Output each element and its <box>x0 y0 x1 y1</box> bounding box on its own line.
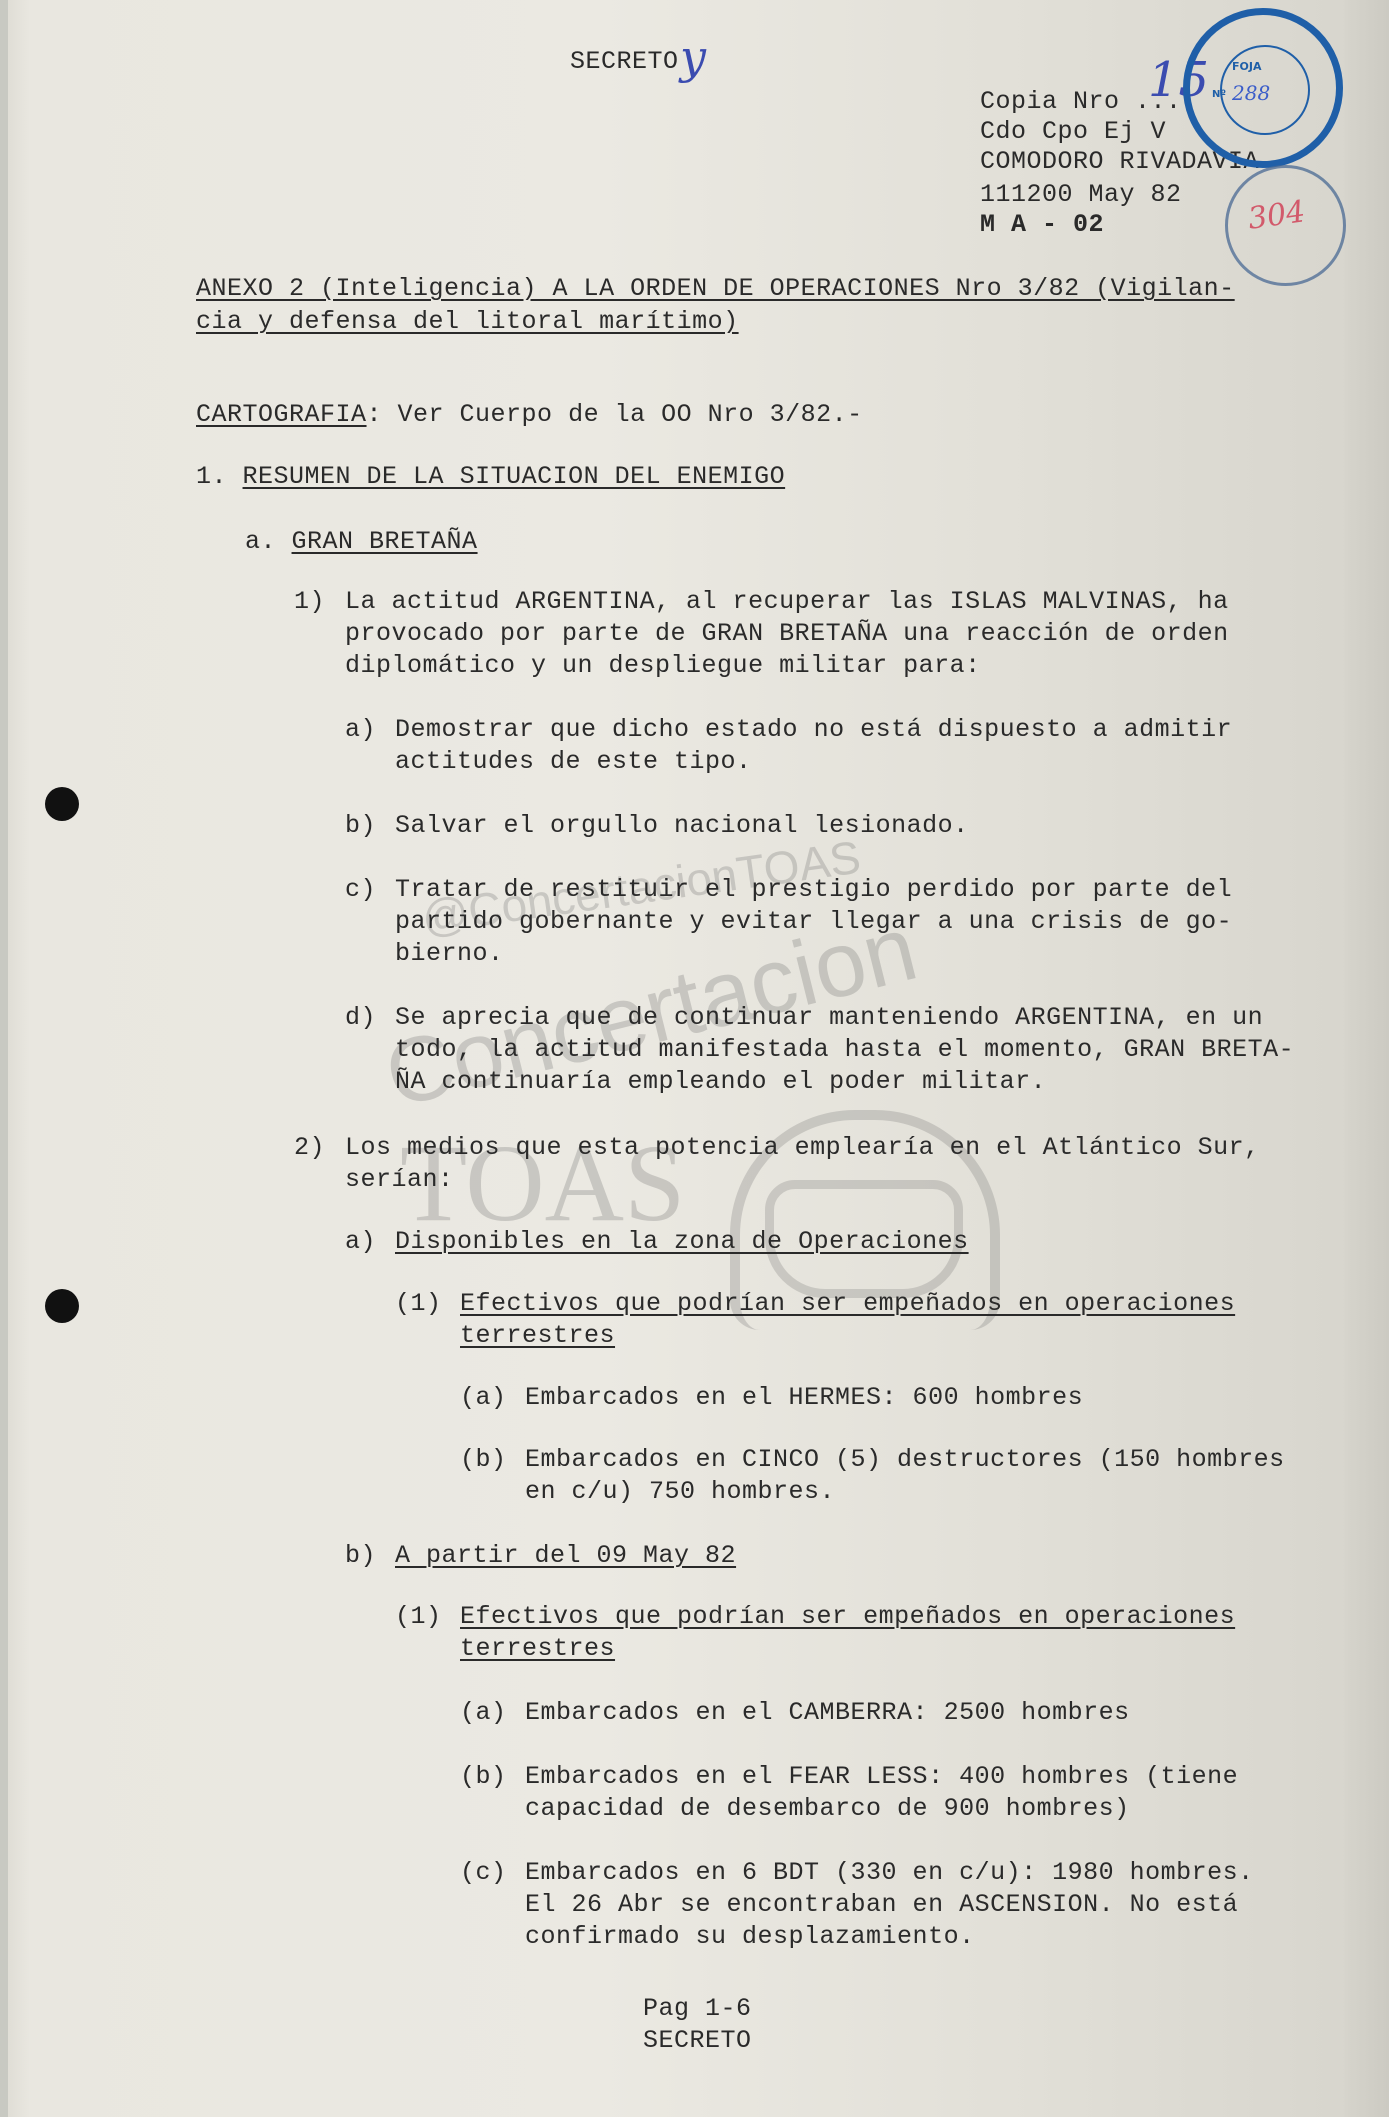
item-line: El 26 Abr se encontraban en ASCENSION. N… <box>525 1888 1238 1921</box>
item-line: partido gobernante y evitar llegar a una… <box>395 905 1232 938</box>
sub-heading-line: Efectivos que podrían ser empeñados en o… <box>460 1600 1235 1633</box>
item-letter: a) <box>345 713 376 746</box>
item-letter: (b) <box>460 1760 507 1793</box>
item-line: Embarcados en CINCO (5) destructores (15… <box>525 1443 1285 1476</box>
sub-heading-line: Efectivos que podrían ser empeñados en o… <box>460 1287 1235 1320</box>
page-number: Pag 1-6 <box>643 1992 752 2025</box>
document-page: @ConcertacionTOAS Concertacion TOAS SECR… <box>0 0 1389 2117</box>
classification-top: SECRETO <box>570 45 679 78</box>
item-line: Se aprecia que de continuar manteniendo … <box>395 1001 1263 1034</box>
initials-mark: y <box>680 30 706 84</box>
red-folio-number: 304 <box>1246 194 1308 237</box>
item-line: ÑA continuaría empleando el poder milita… <box>395 1065 1046 1098</box>
item-line: Embarcados en el CAMBERRA: 2500 hombres <box>525 1696 1130 1729</box>
para-line: La actitud ARGENTINA, al recuperar las I… <box>345 585 1229 618</box>
para-line: diplomático y un despliegue militar para… <box>345 649 981 682</box>
punch-hole <box>45 1289 79 1323</box>
item-letter: (c) <box>460 1856 507 1889</box>
section1-heading: 1. RESUMEN DE LA SITUACION DEL ENEMIGO <box>196 460 785 493</box>
item-letter: a) <box>345 1225 376 1258</box>
item-line: Tratar de restituir el prestigio perdido… <box>395 873 1232 906</box>
item-line: Embarcados en 6 BDT (330 en c/u): 1980 h… <box>525 1856 1254 1889</box>
para-line: provocado por parte de GRAN BRETAÑA una … <box>345 617 1229 650</box>
unit-line: Cdo Cpo Ej V <box>980 115 1166 148</box>
item-line: capacidad de desembarco de 900 hombres) <box>525 1792 1130 1825</box>
sub-heading-line: terrestres <box>460 1319 615 1352</box>
annex-title-line2: cia y defensa del litoral marítimo) <box>196 305 739 338</box>
item-line: bierno. <box>395 937 504 970</box>
sub-heading-line: terrestres <box>460 1632 615 1665</box>
foja-number: 288 <box>1232 81 1270 105</box>
item-line: confirmado su desplazamiento. <box>525 1920 975 1953</box>
reference-line: M A - 02 <box>980 208 1104 241</box>
para-number: 2) <box>294 1131 325 1164</box>
datetime-line: 111200 May 82 <box>980 178 1182 211</box>
sub-number: (1) <box>395 1600 442 1633</box>
item-line: actitudes de este tipo. <box>395 745 752 778</box>
command-stamp-icon: FOJA Nº 288 <box>1183 8 1343 168</box>
para-line: Los medios que esta potencia emplearía e… <box>345 1131 1260 1164</box>
punch-hole <box>45 787 79 821</box>
item-line: Demostrar que dicho estado no está dispu… <box>395 713 1232 746</box>
folio-stamp-icon: 304 <box>1225 165 1346 286</box>
annex-title-line1: ANEXO 2 (Inteligencia) A LA ORDEN DE OPE… <box>196 272 1235 305</box>
item-letter: (b) <box>460 1443 507 1476</box>
item-letter: b) <box>345 809 376 842</box>
foja-prefix: Nº <box>1212 89 1226 100</box>
sub-number: (1) <box>395 1287 442 1320</box>
cartografia-label: CARTOGRAFIA <box>196 400 367 429</box>
item-letter: d) <box>345 1001 376 1034</box>
subsection-gran-bretana: a. GRAN BRETAÑA <box>245 525 478 558</box>
item-line: Embarcados en el FEAR LESS: 400 hombres … <box>525 1760 1238 1793</box>
item-line: Embarcados en el HERMES: 600 hombres <box>525 1381 1083 1414</box>
scan-edge-right <box>1345 0 1389 2117</box>
item-letter: (a) <box>460 1381 507 1414</box>
subheading-disponibles: Disponibles en la zona de Operaciones <box>395 1225 969 1258</box>
para-line: serían: <box>345 1163 454 1196</box>
item-letter: (a) <box>460 1696 507 1729</box>
classification-bottom: SECRETO <box>643 2024 752 2057</box>
para-number: 1) <box>294 585 325 618</box>
item-line: todo, la actitud manifestada hasta el mo… <box>395 1033 1294 1066</box>
item-line: Salvar el orgullo nacional lesionado. <box>395 809 969 842</box>
cartografia-line: CARTOGRAFIA: Ver Cuerpo de la OO Nro 3/8… <box>196 398 863 431</box>
item-letter: c) <box>345 873 376 906</box>
foja-label: FOJA <box>1232 60 1261 73</box>
subheading-a-partir: A partir del 09 May 82 <box>395 1539 736 1572</box>
scan-edge-left <box>0 0 8 2117</box>
item-letter: b) <box>345 1539 376 1572</box>
cartografia-text: : Ver Cuerpo de la OO Nro 3/82.- <box>367 400 863 429</box>
item-line: en c/u) 750 hombres. <box>525 1475 835 1508</box>
